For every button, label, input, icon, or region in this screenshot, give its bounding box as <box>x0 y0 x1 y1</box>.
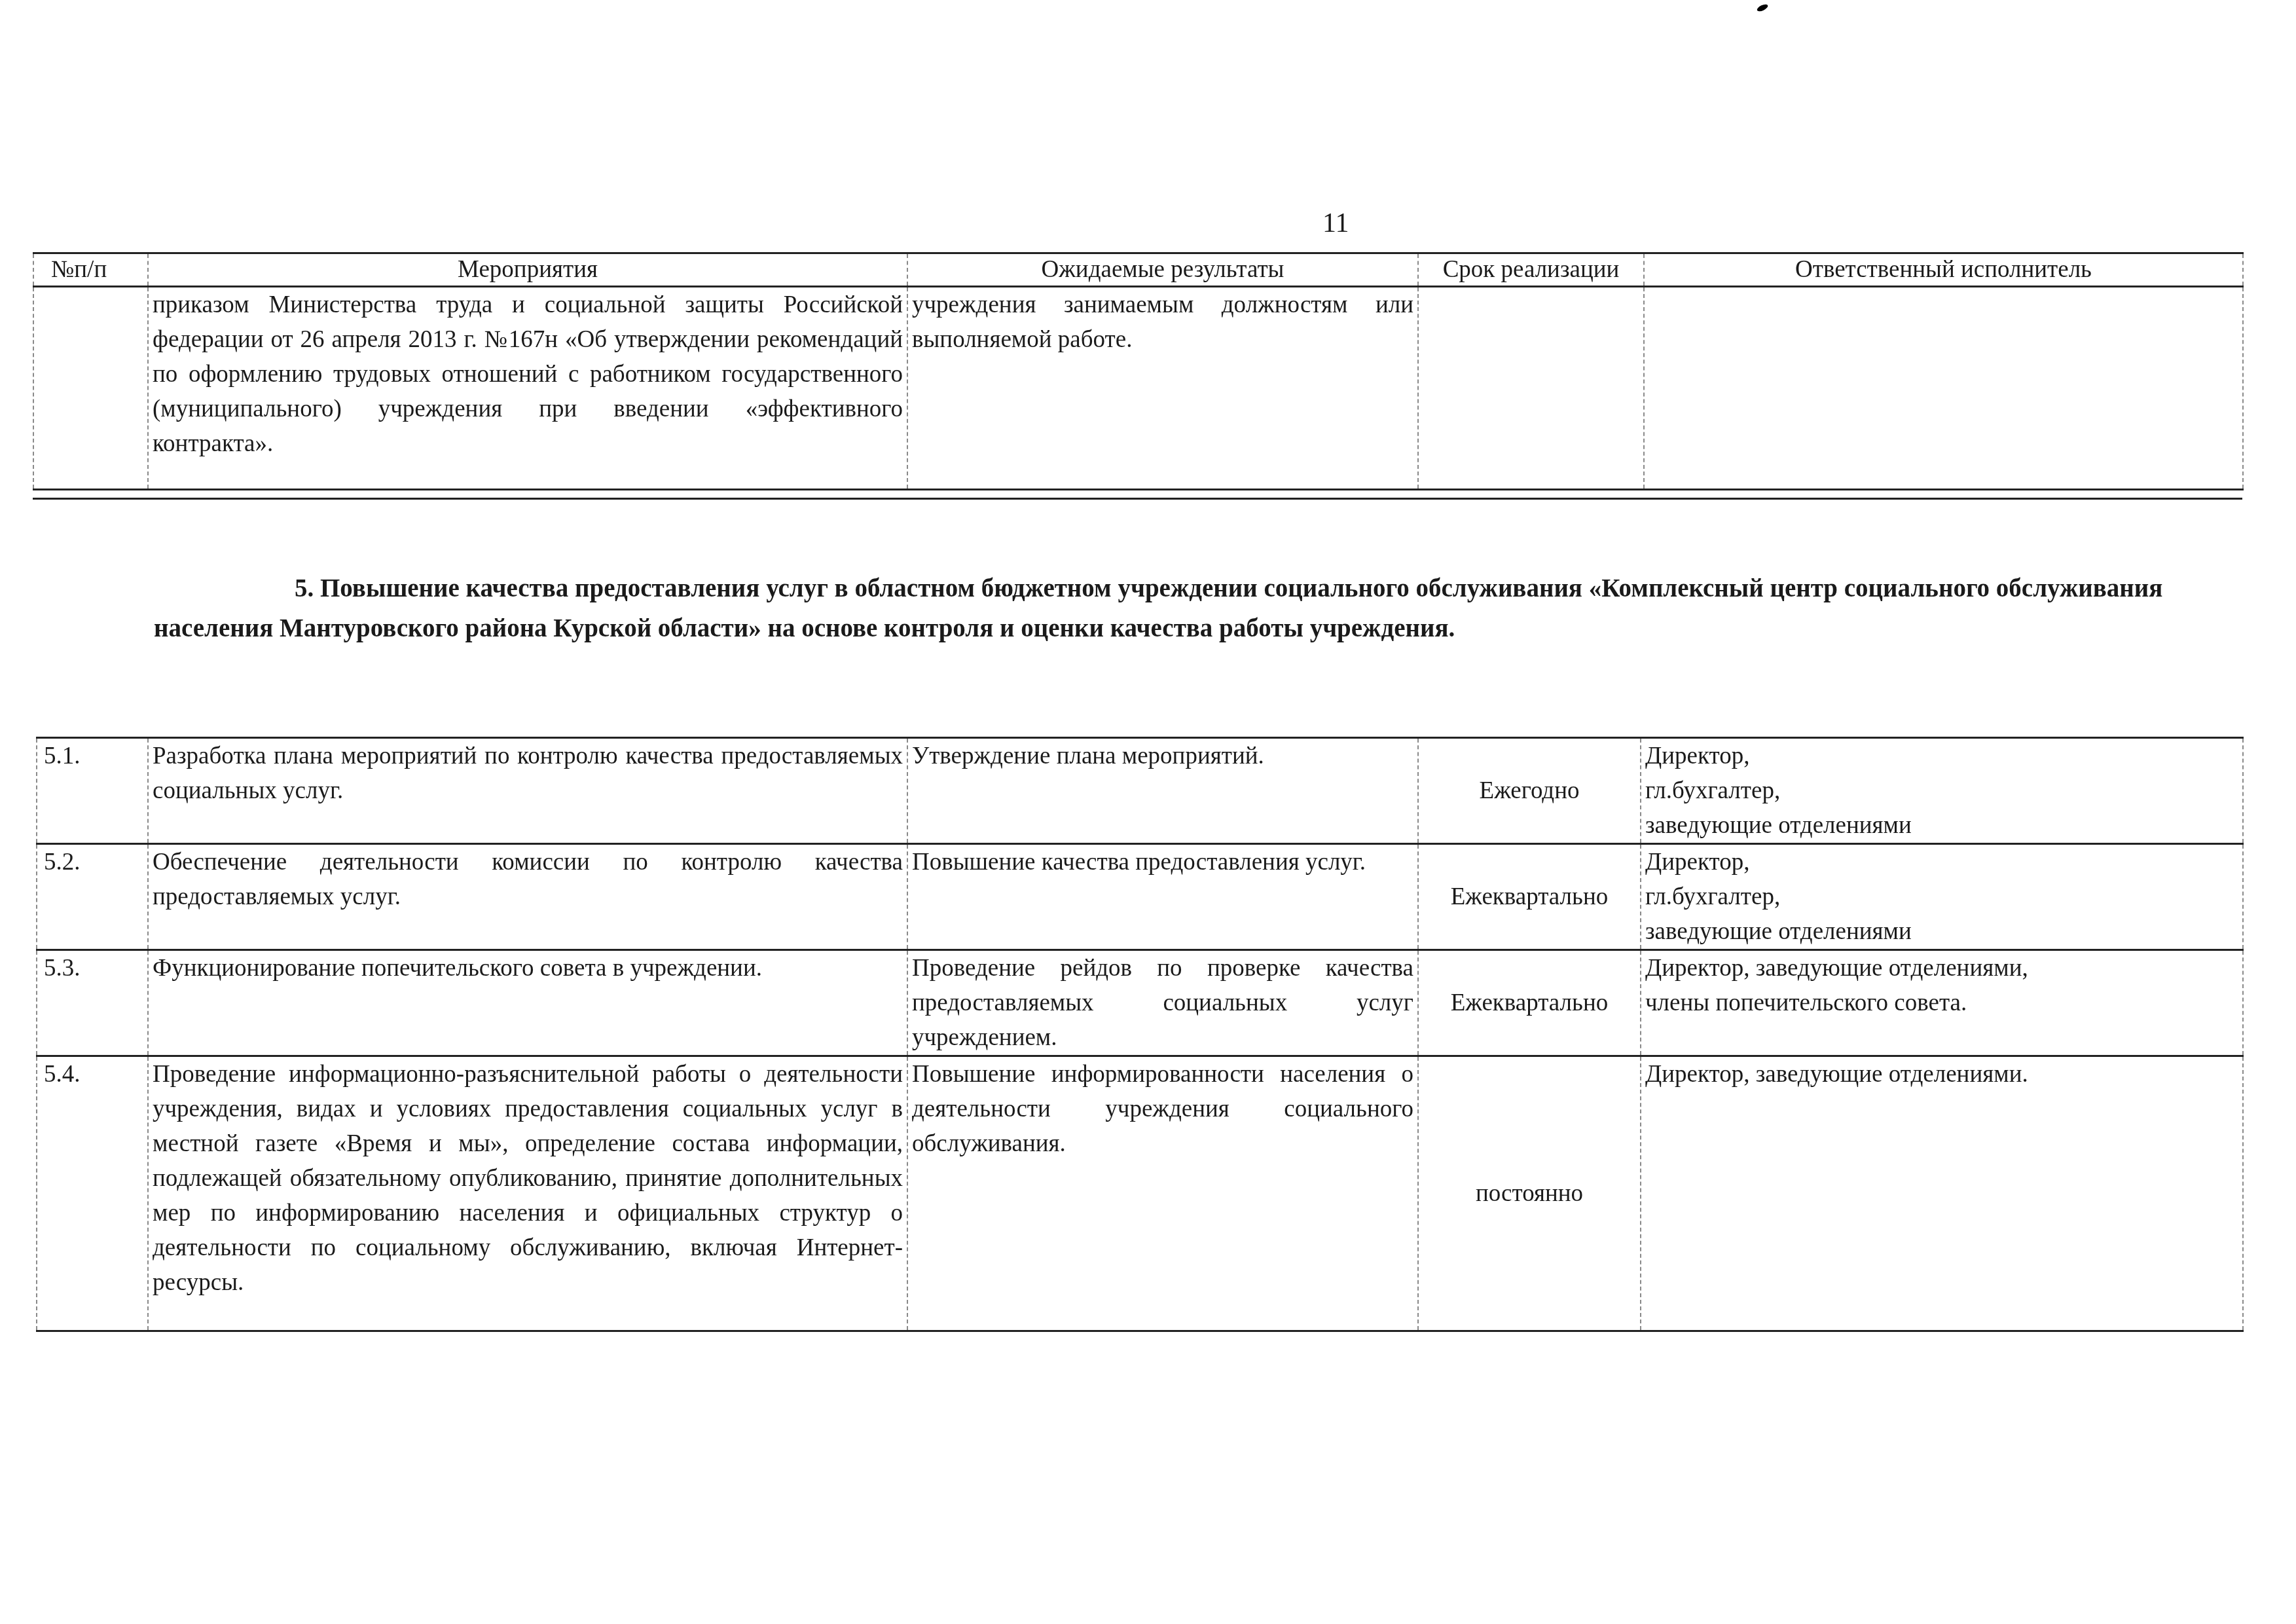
cell-responsible: Директор,гл.бухгалтер,заведующие отделен… <box>1641 844 2243 950</box>
table-row: приказом Министерства труда и социальной… <box>33 287 2243 490</box>
header-number: №п/п <box>33 253 148 287</box>
cell-result: Повышение информированности населения о … <box>907 1056 1418 1331</box>
cell-result: Утверждение плана мероприятий. <box>907 738 1418 844</box>
responsible-line: члены попечительского совета. <box>1645 986 2238 1020</box>
table-row: 5.3. Функционирование попечительского со… <box>37 950 2243 1056</box>
table-row: 5.1. Разработка плана мероприятий по кон… <box>37 738 2243 844</box>
section-heading: 5. Повышение качества предоставления усл… <box>154 568 2183 648</box>
cell-result: учреждения занимаемым должностям или вып… <box>907 287 1418 490</box>
continuation-table: №п/п Мероприятия Ожидаемые результаты Ср… <box>33 252 2244 490</box>
header-term: Срок реализации <box>1418 253 1644 287</box>
responsible-line: гл.бухгалтер, <box>1645 773 2238 808</box>
cell-activity: Разработка плана мероприятий по контролю… <box>148 738 907 844</box>
header-responsible: Ответственный исполнитель <box>1644 253 2243 287</box>
cell-term: Ежегодно <box>1418 738 1641 844</box>
responsible-line: заведующие отделениями <box>1645 914 2238 949</box>
cell-activity: приказом Министерства труда и социальной… <box>148 287 907 490</box>
cell-result: Проведение рейдов по проверке качества п… <box>907 950 1418 1056</box>
header-activity: Мероприятия <box>148 253 907 287</box>
cell-number <box>33 287 148 490</box>
table-header-row: №п/п Мероприятия Ожидаемые результаты Ср… <box>33 253 2243 287</box>
cell-term <box>1418 287 1644 490</box>
cell-responsible: Директор, заведующие отделениями. <box>1641 1056 2243 1331</box>
cell-activity: Обеспечение деятельности комиссии по кон… <box>148 844 907 950</box>
cell-number: 5.4. <box>37 1056 148 1331</box>
cell-number: 5.3. <box>37 950 148 1056</box>
cell-term: Ежеквартально <box>1418 950 1641 1056</box>
cell-number: 5.1. <box>37 738 148 844</box>
table-row: 5.4. Проведение информационно-разъясните… <box>37 1056 2243 1331</box>
table-row: 5.2. Обеспечение деятельности комиссии п… <box>37 844 2243 950</box>
responsible-line: Директор, заведующие отделениями, <box>1645 951 2238 986</box>
cell-responsible <box>1644 287 2243 490</box>
cell-responsible: Директор,гл.бухгалтер,заведующие отделен… <box>1641 738 2243 844</box>
cell-term: Ежеквартально <box>1418 844 1641 950</box>
responsible-line: Директор, заведующие отделениями. <box>1645 1057 2238 1092</box>
page-number: 11 <box>1322 210 1349 237</box>
cell-activity: Функционирование попечительского совета … <box>148 950 907 1056</box>
cell-activity: Проведение информационно-разъяснительной… <box>148 1056 907 1331</box>
responsible-line: гл.бухгалтер, <box>1645 879 2238 914</box>
header-result: Ожидаемые результаты <box>907 253 1418 287</box>
cell-number: 5.2. <box>37 844 148 950</box>
scan-artifact <box>1756 3 1769 13</box>
cell-responsible: Директор, заведующие отделениями,члены п… <box>1641 950 2243 1056</box>
responsible-line: Директор, <box>1645 739 2238 773</box>
divider <box>33 498 2242 500</box>
responsible-line: Директор, <box>1645 845 2238 879</box>
cell-result: Повышение качества предоставления услуг. <box>907 844 1418 950</box>
cell-term: постоянно <box>1418 1056 1641 1331</box>
activities-table: 5.1. Разработка плана мероприятий по кон… <box>36 737 2244 1332</box>
responsible-line: заведующие отделениями <box>1645 808 2238 843</box>
